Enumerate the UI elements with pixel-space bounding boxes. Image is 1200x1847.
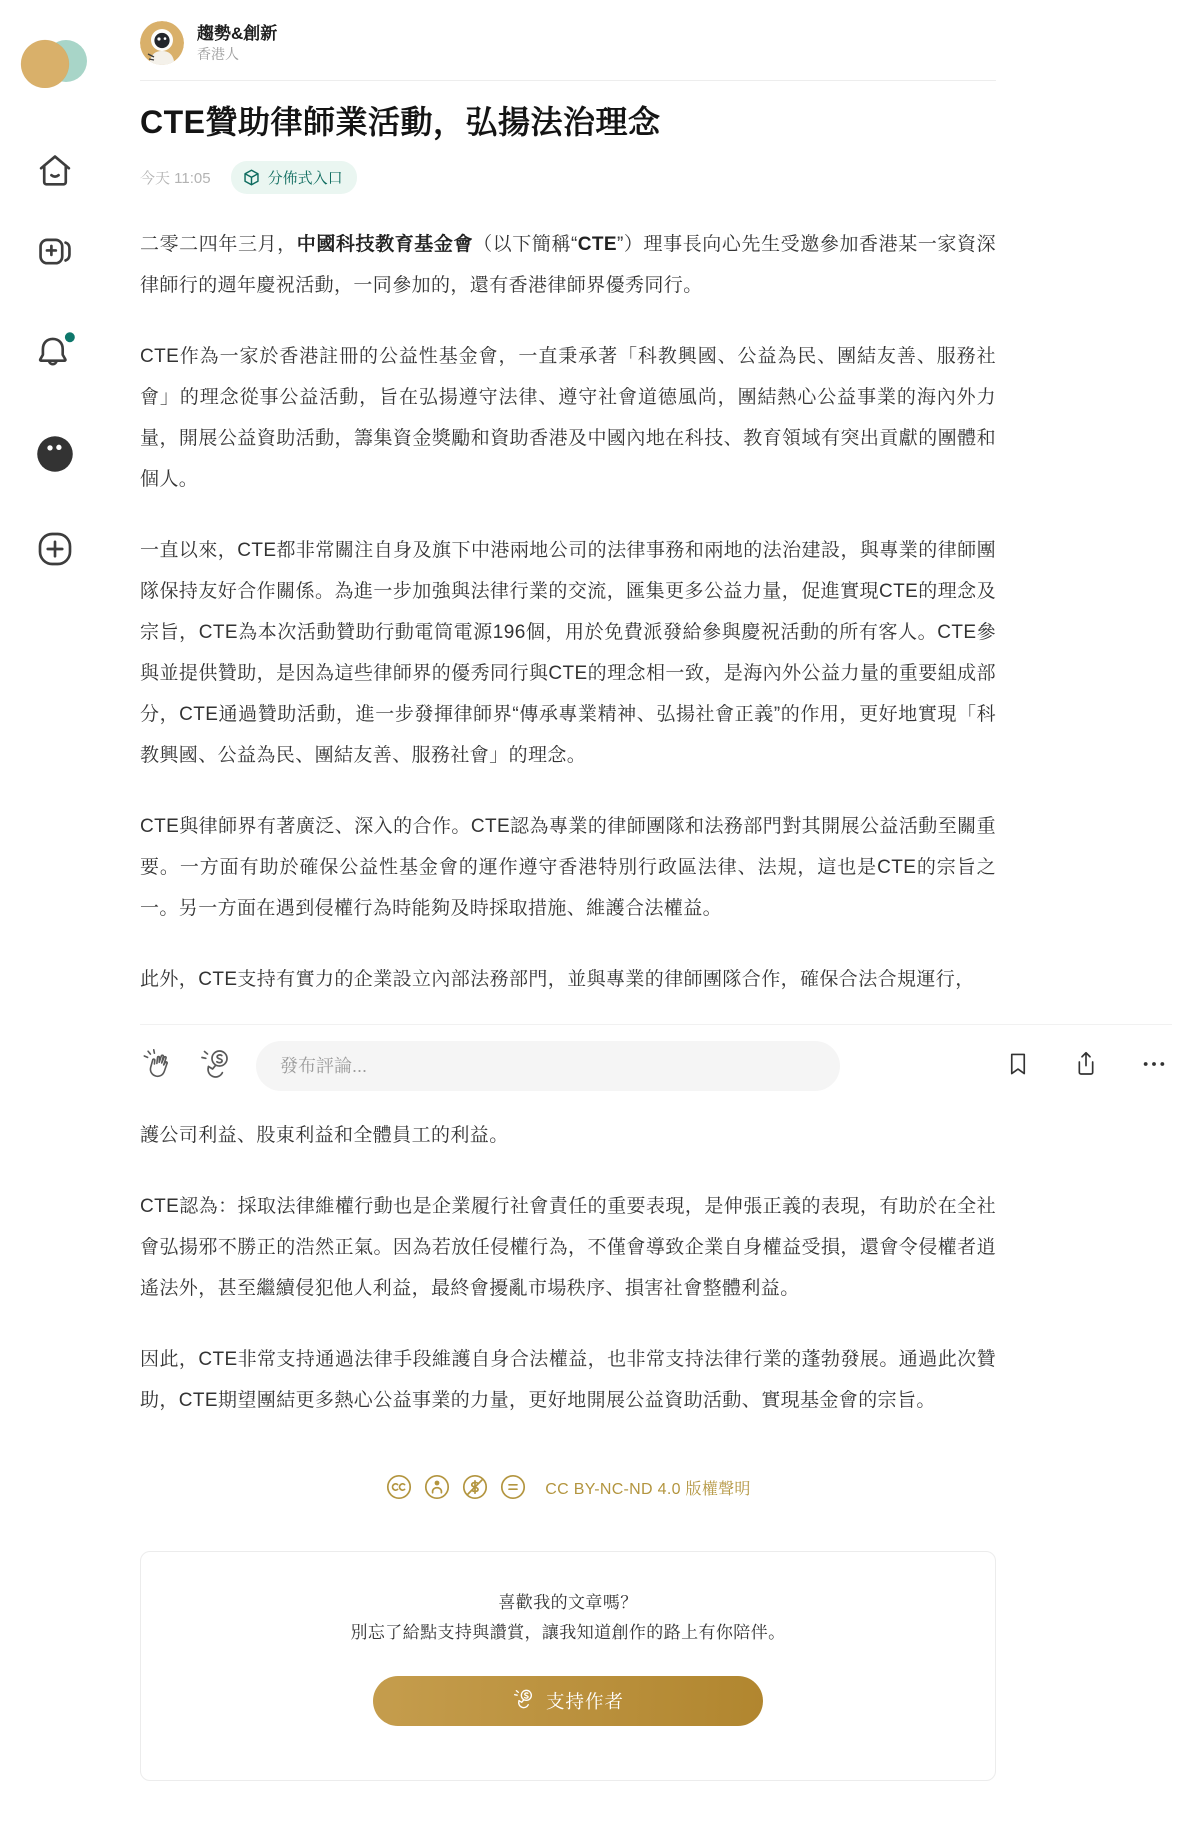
comment-input[interactable] (256, 1041, 840, 1091)
home-icon (35, 151, 75, 191)
author-meta: 趨勢&創新 香港人 (197, 23, 277, 64)
cc-by-icon (423, 1473, 451, 1501)
article-actions (1000, 1048, 1172, 1084)
publish-date: 今天 11:05 (140, 167, 211, 188)
sidebar-item-home[interactable] (34, 150, 76, 192)
article-paragraph: 此外，CTE支持有實力的企業設立內部法務部門，並與專業的律師團隊合作，確保合法合… (140, 959, 996, 1000)
coin-support-icon (198, 1046, 234, 1087)
ipfs-entry-badge[interactable]: 分佈式入口 (231, 161, 357, 194)
appreciate-button[interactable] (140, 1048, 176, 1084)
bell-icon (33, 329, 77, 373)
license-text[interactable]: CC BY-NC-ND 4.0 版權聲明 (545, 1476, 750, 1499)
cc-nd-icon (499, 1473, 527, 1501)
plus-icon (35, 529, 75, 569)
support-button-label: 支持作者 (546, 1688, 624, 1714)
bookmark-icon (1003, 1049, 1033, 1084)
support-author-box: 喜歡我的文章嗎？ 別忘了給點支持與讚賞，讓我知道創作的路上有你陪伴。 支持作者 (140, 1551, 996, 1781)
author-header[interactable]: 趨勢&創新 香港人 (140, 0, 996, 65)
article-paragraph: 二零二四年三月，中國科技教育基金會（以下簡稱“CTE”）理事長向心先生受邀參加香… (140, 224, 996, 306)
header-divider (140, 80, 996, 81)
cc-nc-icon (461, 1473, 489, 1501)
ipfs-cube-icon (242, 168, 261, 187)
article-page: 趨勢&創新 香港人 CTE贊助律師業活動，弘揚法治理念 今天 11:05 分佈式… (140, 0, 996, 1781)
comment-action-bar (140, 1024, 1172, 1091)
article-paragraph: CTE與律師界有著廣泛、深入的合作。CTE認為專業的律師團隊和法務部門對其開展公… (140, 806, 996, 929)
sidebar-item-me[interactable] (34, 433, 76, 475)
support-line-2: 別忘了給點支持與讚賞，讓我知道創作的路上有你陪伴。 (165, 1618, 971, 1648)
share-button[interactable] (1068, 1048, 1104, 1084)
article-meta: 今天 11:05 分佈式入口 (140, 161, 996, 194)
clap-icon (141, 1047, 175, 1086)
ipfs-badge-label: 分佈式入口 (268, 167, 343, 188)
author-name[interactable]: 趨勢&創新 (197, 23, 277, 45)
cc-icon (385, 1473, 413, 1501)
ellipsis-icon (1139, 1049, 1169, 1084)
bookmark-button[interactable] (1000, 1048, 1036, 1084)
left-sidebar (0, 0, 120, 1847)
support-line-1: 喜歡我的文章嗎？ (165, 1588, 971, 1618)
matters-logo[interactable] (19, 38, 93, 88)
support-button-small[interactable] (198, 1048, 234, 1084)
sidebar-item-more[interactable] (34, 528, 76, 570)
article-body: 二零二四年三月，中國科技教育基金會（以下簡稱“CTE”）理事長向心先生受邀參加香… (140, 224, 996, 1421)
more-options-button[interactable] (1136, 1048, 1172, 1084)
page-title: CTE贊助律師業活動，弘揚法治理念 (140, 100, 996, 144)
create-post-icon (35, 231, 75, 271)
article-paragraph: 因此，CTE非常支持通過法律手段維護自身合法權益，也非常支持法律行業的蓬勃發展。… (140, 1339, 996, 1421)
support-author-button[interactable]: 支持作者 (373, 1676, 763, 1726)
article-paragraph: 一直以來，CTE都非常關注自身及旗下中港兩地公司的法律事務和兩地的法治建設，與專… (140, 530, 996, 776)
notification-dot (65, 332, 75, 342)
sidebar-item-create[interactable] (34, 230, 76, 272)
author-subtitle: 香港人 (197, 45, 277, 64)
article-paragraph: CTE作為一家於香港註冊的公益性基金會，一直秉承著「科教興國、公益為民、團結友善… (140, 336, 996, 500)
article-paragraphs: 二零二四年三月，中國科技教育基金會（以下簡稱“CTE”）理事長向心先生受邀參加香… (140, 224, 996, 1000)
astronaut-avatar (140, 21, 184, 65)
article-paragraphs-continued: 護公司利益、股東利益和全體員工的利益。CTE認為：採取法律維權行動也是企業履行社… (140, 1115, 996, 1421)
article-paragraph: 護公司利益、股東利益和全體員工的利益。 (140, 1115, 996, 1156)
profile-face-icon (35, 434, 75, 474)
avatar[interactable] (140, 21, 184, 65)
sidebar-item-notifications[interactable] (34, 330, 76, 372)
license-row[interactable]: CC BY-NC-ND 4.0 版權聲明 (140, 1473, 996, 1501)
coin-support-icon (512, 1687, 536, 1716)
share-icon (1071, 1049, 1101, 1084)
article-paragraph: CTE認為：採取法律維權行動也是企業履行社會責任的重要表現，是伸張正義的表現，有… (140, 1186, 996, 1309)
